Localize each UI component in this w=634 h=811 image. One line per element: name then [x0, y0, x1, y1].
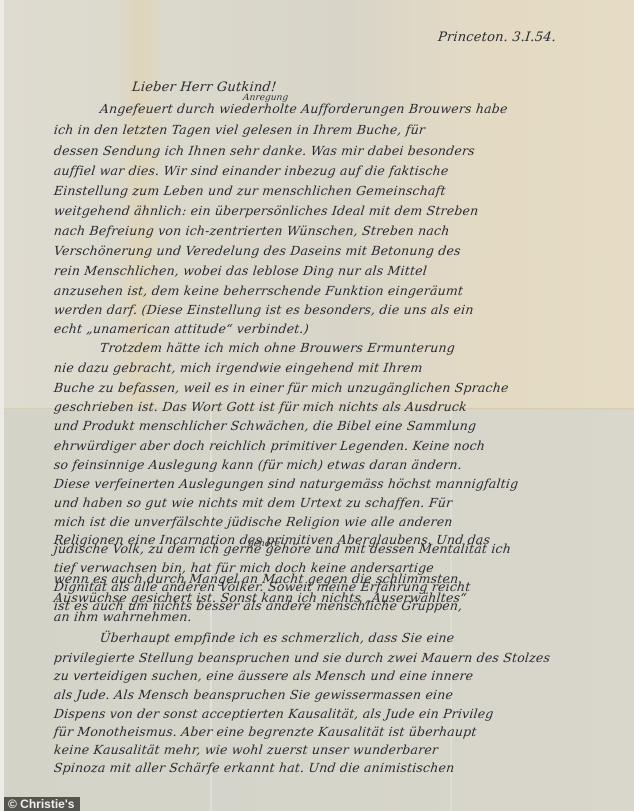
letter-line: Angefeuert durch wiederholte Aufforderun… [99, 101, 508, 116]
letter-line: auffiel war dies. Wir sind einander inbe… [53, 163, 449, 178]
copyright-watermark: © Christie's [4, 797, 80, 811]
letter-line: und haben so gut wie nichts mit dem Urte… [53, 495, 453, 510]
letter-line: echt „unamerican attitude“ verbindet.) [53, 321, 309, 336]
letter-line: ehrwürdiger aber doch reichlich primitiv… [53, 438, 486, 453]
letter-line: Einstellung zum Leben und zur menschlich… [53, 183, 446, 198]
letter-line: so feinsinnige Auslegung kann (für mich)… [53, 457, 463, 472]
letter-body: Princeton. 3.I.54. Lieber Herr Gutkind! … [0, 0, 634, 811]
letter-line: zu verteidigen suchen, eine äussere als … [53, 668, 474, 683]
letter-line: wenn es auch durch Mangel an Macht gegen… [53, 571, 459, 586]
letter-line: Verschönerung und Veredelung des Daseins… [53, 243, 461, 258]
letter-line: für Monotheismus. Aber eine begrenzte Ka… [53, 724, 477, 739]
letter-line: Dispens von der sonst acceptierten Kausa… [53, 706, 494, 721]
letter-dateline: Princeton. 3.I.54. [437, 30, 557, 45]
letter-line: geschrieben ist. Das Wort Gott ist für m… [53, 399, 467, 414]
letter-line: als Jude. Als Mensch beanspruchen Sie ge… [53, 687, 454, 702]
letter-line: dessen Sendung ich Ihnen sehr danke. Was… [53, 143, 475, 158]
letter-line: und Produkt menschlicher Schwächen, die … [53, 418, 477, 433]
letter-line: Diese verfeinerten Auslegungen sind natu… [53, 476, 519, 491]
letter-line: Trotzdem hätte ich mich ohne Brouwers Er… [99, 340, 456, 355]
letter-line: mich ist die unverfälschte jüdische Reli… [53, 514, 453, 529]
letter-line: rein Menschlichen, wobei das leblose Din… [53, 263, 428, 278]
letter-line: Überhaupt empfinde ich es schmerzlich, d… [99, 630, 455, 645]
letter-line: Auswüchse gesichert ist. Sonst kann ich … [53, 590, 467, 605]
letter-line: nach Befreiung von ich-zentrierten Wünsc… [53, 223, 450, 238]
letter-line: anzusehen ist, dem keine beherrschende F… [53, 283, 464, 298]
letter-line: Spinoza mit aller Schärfe erkannt hat. U… [53, 760, 455, 775]
letter-line: weitgehend ähnlich: ein überpersönliches… [53, 203, 479, 218]
letter-line: privilegierte Stellung beanspruchen und … [53, 650, 551, 665]
letter-line: keine Kausalität mehr, wie wohl zuerst u… [53, 742, 439, 757]
letter-line: jüdische Volk, zu dem ich gerne gehöre u… [53, 541, 512, 556]
letter-line: ich in den letzten Tagen viel gelesen in… [53, 122, 426, 137]
letter-line: Buche zu befassen, weil es in einer für … [53, 380, 509, 395]
letter-line: an ihm wahrnehmen. [53, 609, 192, 624]
letter-line: nie dazu gebracht, mich irgendwie eingeh… [53, 360, 423, 375]
letter-line: werden darf. (Diese Einstellung ist es b… [53, 302, 474, 317]
